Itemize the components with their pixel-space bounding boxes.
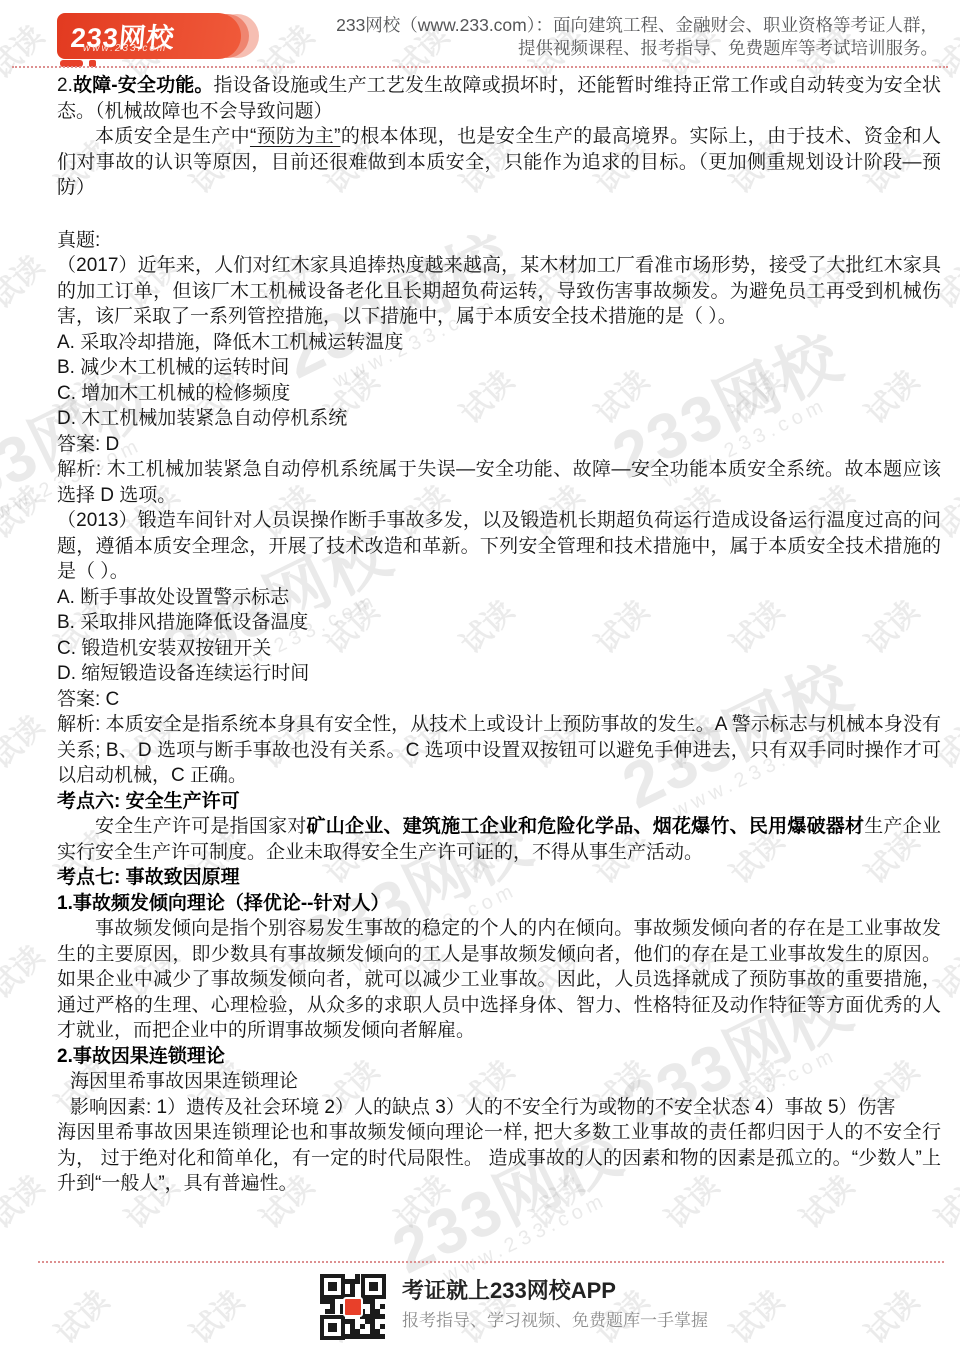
footer-divider — [38, 1261, 944, 1263]
kaodian6-pre: 安全生产许可是指国家对 — [95, 816, 307, 837]
item-number: 2. — [57, 75, 73, 96]
question-2013-analysis: 解析: 本质安全是指系统本身具有安全性，从技术上或设计上预防事故的发生。A 警示… — [57, 712, 941, 789]
question-2013-stem: （2013）锻造车间针对人员误操作断手事故多发，以及锻造机长期超负荷运行造成设备… — [57, 508, 941, 585]
heinrich-factors-line: 影响因素: 1）遗传及社会环境 2）人的缺点 3）人的不安全行为或物的不安全状态… — [57, 1095, 941, 1121]
failsafe-paragraph: 2.故障-安全功能。指设备设施或生产工艺发生故障或损坏时，还能暂时维持正常工作或… — [57, 73, 941, 124]
theory2-heading: 2.事故因果连锁理论 — [57, 1044, 941, 1070]
question-2013-option-c: C. 锻造机安装双按钮开关 — [57, 636, 941, 662]
page-footer: 考证就上233网校APP 报考指导、学习视频、免费题库一手掌握 — [0, 1266, 960, 1357]
question-2017-option-a: A. 采取冷却措施，降低木工机械运转温度 — [57, 330, 941, 356]
zhenti-label: 真题: — [57, 228, 941, 254]
question-2017-option-c: C. 增加木工机械的检修频度 — [57, 381, 941, 407]
question-2013-option-b: B. 采取排风措施降低设备温度 — [57, 610, 941, 636]
logo-url: www.233.com — [83, 43, 167, 54]
tagline-line-1: 233网校（www.233.com）：面向建筑工程、金融财会、职业资格等考证人群… — [336, 14, 938, 37]
heinrich-paragraph: 海因里希事故因果连锁理论也和事故频发倾向理论一样, 把大多数工业事故的责任都归因… — [57, 1120, 941, 1197]
header-divider — [12, 66, 948, 68]
theory1-heading: 1.事故频发倾向理论（择优论--针对人） — [57, 891, 941, 917]
question-2017-option-b: B. 减少木工机械的运转时间 — [57, 355, 941, 381]
theory1-paragraph: 事故频发倾向是指个别容易发生事故的稳定的个人的内在倾向。事故频发倾向者的存在是工… — [57, 916, 941, 1044]
essence-pre: 本质安全是生产中 — [95, 126, 250, 147]
question-2013-option-d: D. 缩短锻造设备连续运行时间 — [57, 661, 941, 687]
failsafe-title: 故障-安全功能。 — [73, 75, 214, 96]
question-2017-stem: （2017）近年来，人们对红木家具追捧热度越来越高，某木材加工厂看准市场形势，接… — [57, 253, 941, 330]
document-content: 2.故障-安全功能。指设备设施或生产工艺发生故障或损坏时，还能暂时维持正常工作或… — [57, 73, 941, 1197]
question-2013-answer: 答案: C — [57, 687, 941, 713]
page-header: 233网校 www.233.com 233网校（www.233.com）：面向建… — [0, 0, 960, 68]
footer-app-subtitle: 报考指导、学习视频、免费题库一手掌握 — [402, 1306, 708, 1331]
document-page: 试读试读试读试读试读试读试读试读试读试读试读试读试读试读试读试读试读试读试读试读… — [0, 0, 960, 1357]
essence-underlined: “预防为主” — [250, 126, 341, 147]
qr-code — [320, 1274, 386, 1340]
header-tagline: 233网校（www.233.com）：面向建筑工程、金融财会、职业资格等考证人群… — [336, 14, 938, 60]
kaodian6-paragraph: 安全生产许可是指国家对矿山企业、建筑施工企业和危险化学品、烟花爆竹、民用爆破器材… — [57, 814, 941, 865]
kaodian7-heading: 考点七: 事故致因原理 — [57, 865, 941, 891]
question-2013-option-a: A. 断手事故处设置警示标志 — [57, 585, 941, 611]
essence-paragraph: 本质安全是生产中“预防为主”的根本体现，也是安全生产的最高境界。实际上，由于技术… — [57, 124, 941, 201]
question-2017-analysis: 解析: 木工机械加装紧急自动停机系统属于失误—安全功能、故障—安全功能本质安全系… — [57, 457, 941, 508]
footer-app-title: 考证就上233网校APP — [402, 1274, 616, 1305]
tagline-line-2: 提供视频课程、报考指导、免费题库等考试培训服务。 — [336, 37, 938, 60]
kaodian6-heading: 考点六: 安全生产许可 — [57, 789, 941, 815]
heinrich-title-line: 海因里希事故因果连锁理论 — [57, 1069, 941, 1095]
logo-233wangxiao: 233网校 www.233.com — [57, 13, 241, 59]
kaodian6-bold-enterprises: 矿山企业、建筑施工企业和危险化学品、烟花爆竹、民用爆破器材 — [307, 816, 865, 837]
question-2017-answer: 答案: D — [57, 432, 941, 458]
question-2017-option-d: D. 木工机械加装紧急自动停机系统 — [57, 406, 941, 432]
